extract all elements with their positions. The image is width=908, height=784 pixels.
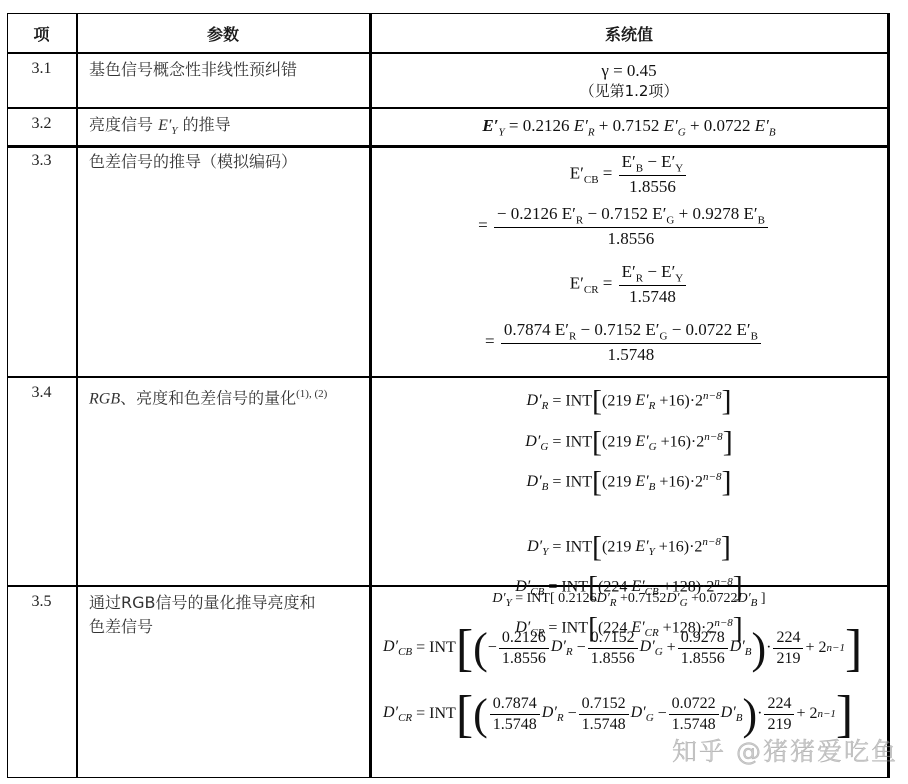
row-item-number: 3.4 [7, 384, 76, 402]
luma-equation: E′Y = 0.2126 E′R + 0.7152 E′G + 0.0722 E… [371, 116, 887, 138]
header-parameter: 参数 [77, 22, 369, 45]
row-item-number: 3.3 [7, 152, 76, 170]
row-divider [7, 376, 890, 378]
table-right-border [887, 13, 890, 778]
header-value: 系统值 [371, 22, 887, 45]
row-value: γ = 0.45 （见第1.2项） [371, 60, 887, 102]
gamma-value: γ = 0.45 [371, 60, 887, 81]
row-item-number: 3.5 [7, 593, 76, 611]
header-item: 项 [7, 22, 76, 45]
gamma-reference: （见第1.2项） [371, 81, 887, 102]
row-item-number: 3.2 [7, 115, 76, 133]
row-divider [7, 145, 890, 148]
row-parameter: 亮度信号 E′Y 的推导 [77, 113, 369, 143]
row-item-number: 3.1 [7, 60, 76, 78]
row-divider [7, 107, 890, 109]
row-parameter: 色差信号的推导（模拟编码） [77, 150, 369, 174]
row-parameter: RGB、亮度和色差信号的量化(1), (2) [77, 382, 369, 411]
color-difference-equations: E′CB = E′B − E′Y1.8556 = − 0.2126 E′R − … [371, 152, 887, 372]
row-parameter: 通过RGB信号的量化推导亮度和 色差信号 [77, 591, 369, 639]
header-divider [7, 52, 890, 54]
row-parameter: 基色信号概念性非线性预纠错 [77, 58, 369, 82]
watermark: 知乎 @猪猪爱吃鱼 [672, 732, 898, 768]
derived-quantization-equations: D′Y = INT[ 0.2126D′R +0.7152D′G +0.0722D… [371, 591, 887, 747]
